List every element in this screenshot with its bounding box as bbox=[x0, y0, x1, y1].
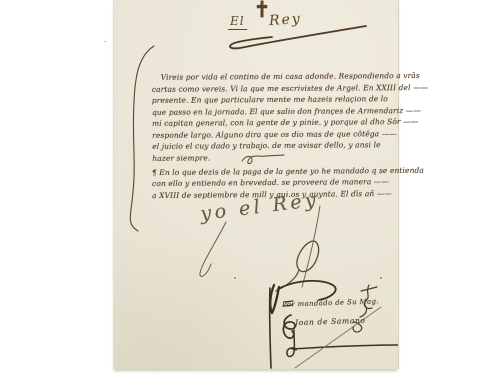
ink-speck bbox=[380, 277, 382, 279]
body-paragraph-1: Vireis por vida el contino de mi casa ad… bbox=[152, 70, 397, 164]
manuscript-line: el juicio el cuy dado y trabajo. de me a… bbox=[152, 139, 396, 152]
ink-speck bbox=[104, 41, 107, 42]
left-bracket-flourish bbox=[130, 46, 154, 231]
manuscript-line: hazer siempre. bbox=[152, 151, 396, 164]
manuscript-paper: El ✝ Rey Vireis por vida el contino de m… bbox=[113, 0, 399, 369]
manuscript-photo: El ✝ Rey Vireis por vida el contino de m… bbox=[0, 0, 500, 375]
ink-speck bbox=[234, 277, 236, 279]
letter-heading: El ✝ Rey bbox=[222, 2, 322, 42]
rubric-horizontal-stroke bbox=[292, 345, 398, 349]
heading-el: El bbox=[228, 14, 247, 30]
rubric-bottom-loop bbox=[287, 330, 296, 357]
cross-icon: ✝ bbox=[254, 0, 270, 23]
royal-signature-descender bbox=[200, 222, 226, 276]
heading-rey: Rey bbox=[268, 11, 302, 29]
rubric-top-arc bbox=[278, 281, 336, 300]
